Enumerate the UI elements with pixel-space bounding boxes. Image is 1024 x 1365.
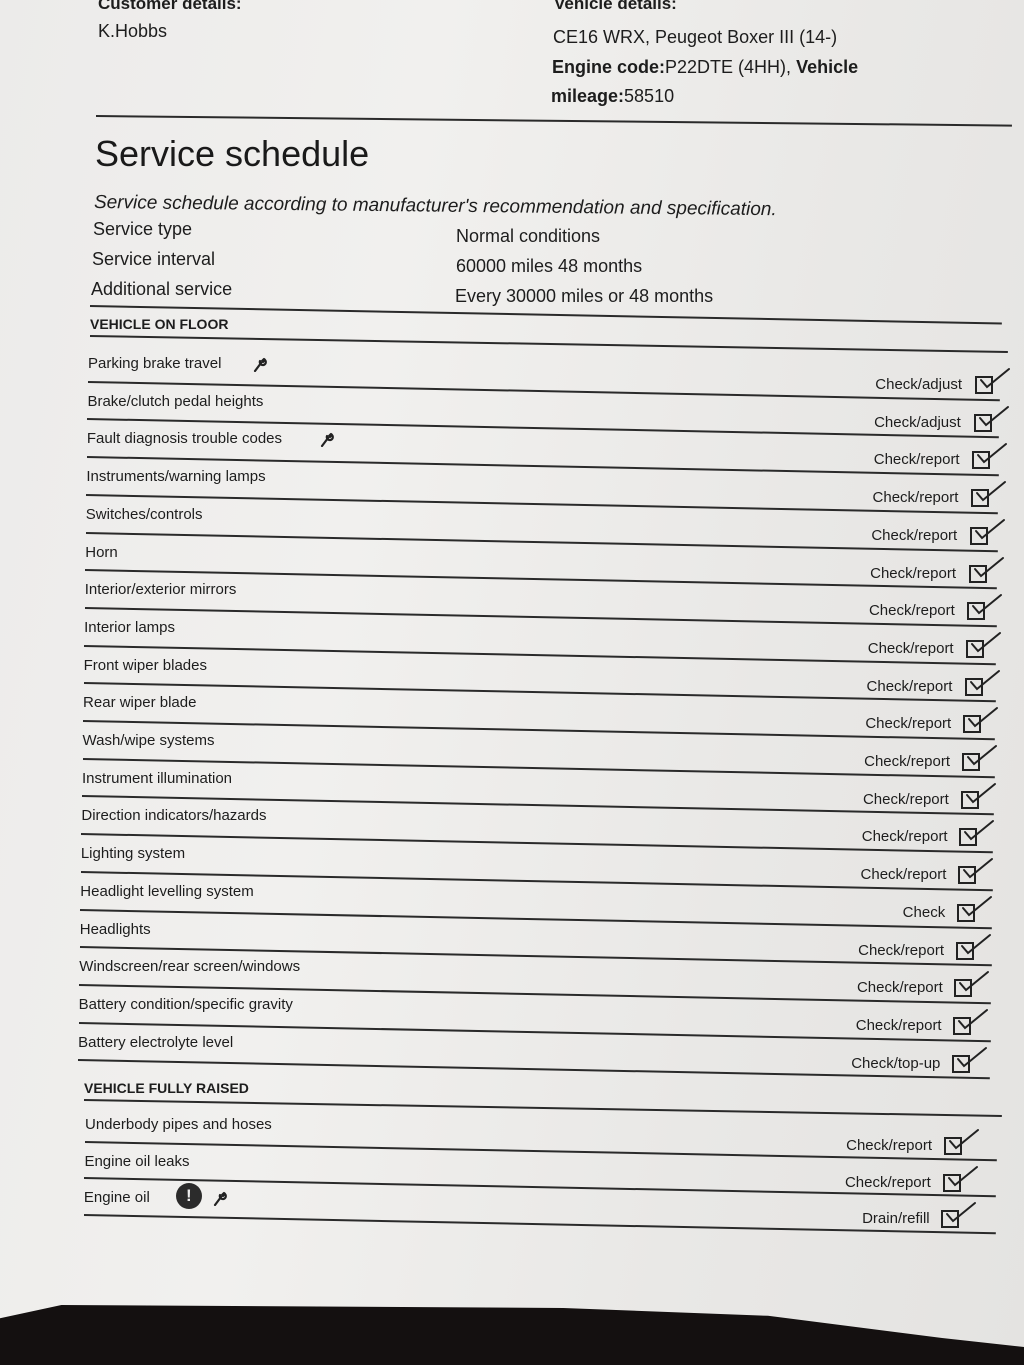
row-divider (90, 335, 1008, 353)
wrench-icon (212, 1190, 228, 1206)
item-label: Underbody pipes and hoses (85, 1116, 272, 1133)
item-label: Headlight levelling system (80, 883, 253, 900)
customer-name: K.Hobbs (98, 21, 167, 42)
info-label: Additional service (91, 279, 232, 300)
item-action: Check/report (874, 451, 960, 468)
handwritten-tick-icon (969, 592, 1003, 616)
schedule-subtitle: Service schedule according to manufactur… (94, 192, 777, 221)
item-label: Switches/controls (86, 506, 203, 523)
item-label: Brake/clutch pedal heights (87, 393, 263, 410)
item-action: Check/report (862, 828, 948, 845)
item-label: Interior lamps (84, 619, 175, 636)
item-label: Lighting system (81, 845, 185, 862)
page-title: Service schedule (95, 133, 369, 175)
item-action: Check/report (858, 942, 944, 959)
wrench-icon (252, 356, 268, 372)
customer-details-heading: Customer details: (98, 0, 242, 14)
section-heading: VEHICLE ON FLOOR (90, 316, 228, 332)
item-action: Check/report (863, 791, 949, 808)
section-heading: VEHICLE FULLY RAISED (84, 1080, 249, 1096)
mileage-line: mileage:58510 (551, 86, 674, 107)
mileage-value: 58510 (624, 86, 674, 106)
row-divider (84, 1099, 1002, 1117)
info-value: 60000 miles 48 months (456, 256, 642, 277)
item-action: Check/adjust (874, 414, 961, 431)
row-divider (84, 1214, 996, 1234)
info-label: Service interval (92, 249, 215, 270)
handwritten-tick-icon (960, 856, 994, 880)
info-value: Normal conditions (456, 226, 600, 247)
item-action: Check/adjust (875, 376, 962, 393)
row-divider (86, 532, 998, 552)
item-label: Fault diagnosis trouble codes (87, 430, 282, 447)
item-label: Horn (85, 544, 118, 561)
row-divider (85, 607, 997, 627)
item-label: Front wiper blades (84, 657, 207, 674)
engine-code-value: P22DTE (4HH), (665, 57, 791, 77)
handwritten-tick-icon (954, 1045, 988, 1069)
item-action: Check/report (869, 602, 955, 619)
wrench-icon (319, 431, 335, 447)
row-divider (86, 494, 998, 514)
vehicle-details-heading: Vehicle details: (554, 0, 677, 14)
item-action: Check/report (865, 715, 951, 732)
item-label: Battery condition/specific gravity (79, 996, 293, 1013)
handwritten-tick-icon (961, 818, 995, 842)
handwritten-tick-icon (971, 555, 1005, 579)
handwritten-tick-icon (968, 630, 1002, 654)
item-action: Check/report (856, 1017, 942, 1034)
item-label: Wash/wipe systems (83, 732, 215, 749)
item-label: Rear wiper blade (83, 694, 196, 711)
item-label: Instrument illumination (82, 770, 232, 787)
item-action: Check/report (864, 753, 950, 770)
vehicle-mileage-prefix: Vehicle (796, 57, 858, 77)
item-label: Battery electrolyte level (78, 1034, 233, 1051)
handwritten-tick-icon (967, 668, 1001, 692)
engine-code-line: Engine code:P22DTE (4HH), Vehicle (552, 57, 858, 78)
mileage-label: mileage: (551, 86, 624, 106)
handwritten-tick-icon (946, 1127, 980, 1151)
item-action: Check/report (846, 1137, 932, 1154)
row-divider (81, 833, 993, 853)
handwritten-tick-icon (945, 1164, 979, 1188)
item-label: Engine oil (84, 1189, 150, 1206)
vehicle-registration-model: CE16 WRX, Peugeot Boxer III (14-) (553, 27, 837, 48)
item-label: Parking brake travel (88, 355, 221, 372)
handwritten-tick-icon (963, 781, 997, 805)
row-divider (83, 720, 995, 740)
row-divider (84, 645, 996, 665)
item-action: Check/report (861, 866, 947, 883)
item-action: Check/report (873, 489, 959, 506)
item-label: Headlights (80, 921, 151, 938)
item-label: Windscreen/rear screen/windows (79, 958, 300, 975)
handwritten-tick-icon (958, 932, 992, 956)
item-action: Check/report (871, 527, 957, 544)
item-action: Check (903, 904, 946, 921)
item-label: Interior/exterior mirrors (85, 581, 237, 598)
handwritten-tick-icon (956, 969, 990, 993)
engine-code-label: Engine code: (552, 57, 665, 77)
row-divider (80, 909, 992, 929)
item-action: Check/report (870, 565, 956, 582)
item-action: Check/top-up (851, 1055, 940, 1072)
info-label: Service type (93, 219, 192, 240)
item-label: Instruments/warning lamps (86, 468, 265, 485)
item-label: Engine oil leaks (84, 1153, 189, 1170)
item-label: Direction indicators/hazards (81, 807, 266, 824)
handwritten-tick-icon (974, 441, 1008, 465)
item-action: Drain/refill (862, 1210, 930, 1227)
handwritten-tick-icon (976, 404, 1010, 428)
warning-icon: ! (176, 1183, 202, 1209)
handwritten-tick-icon (965, 705, 999, 729)
handwritten-tick-icon (977, 366, 1011, 390)
header-divider (96, 115, 1012, 127)
item-action: Check/report (867, 678, 953, 695)
handwritten-tick-icon (959, 894, 993, 918)
row-divider (84, 682, 996, 702)
item-action: Check/report (845, 1174, 931, 1191)
handwritten-tick-icon (972, 517, 1006, 541)
handwritten-tick-icon (973, 479, 1007, 503)
handwritten-tick-icon (964, 743, 998, 767)
item-action: Check/report (868, 640, 954, 657)
item-action: Check/report (857, 979, 943, 996)
document-page: Customer details: K.Hobbs Vehicle detail… (0, 0, 1024, 1365)
handwritten-tick-icon (955, 1007, 989, 1031)
info-value: Every 30000 miles or 48 months (455, 286, 713, 307)
handwritten-tick-icon (943, 1200, 977, 1224)
